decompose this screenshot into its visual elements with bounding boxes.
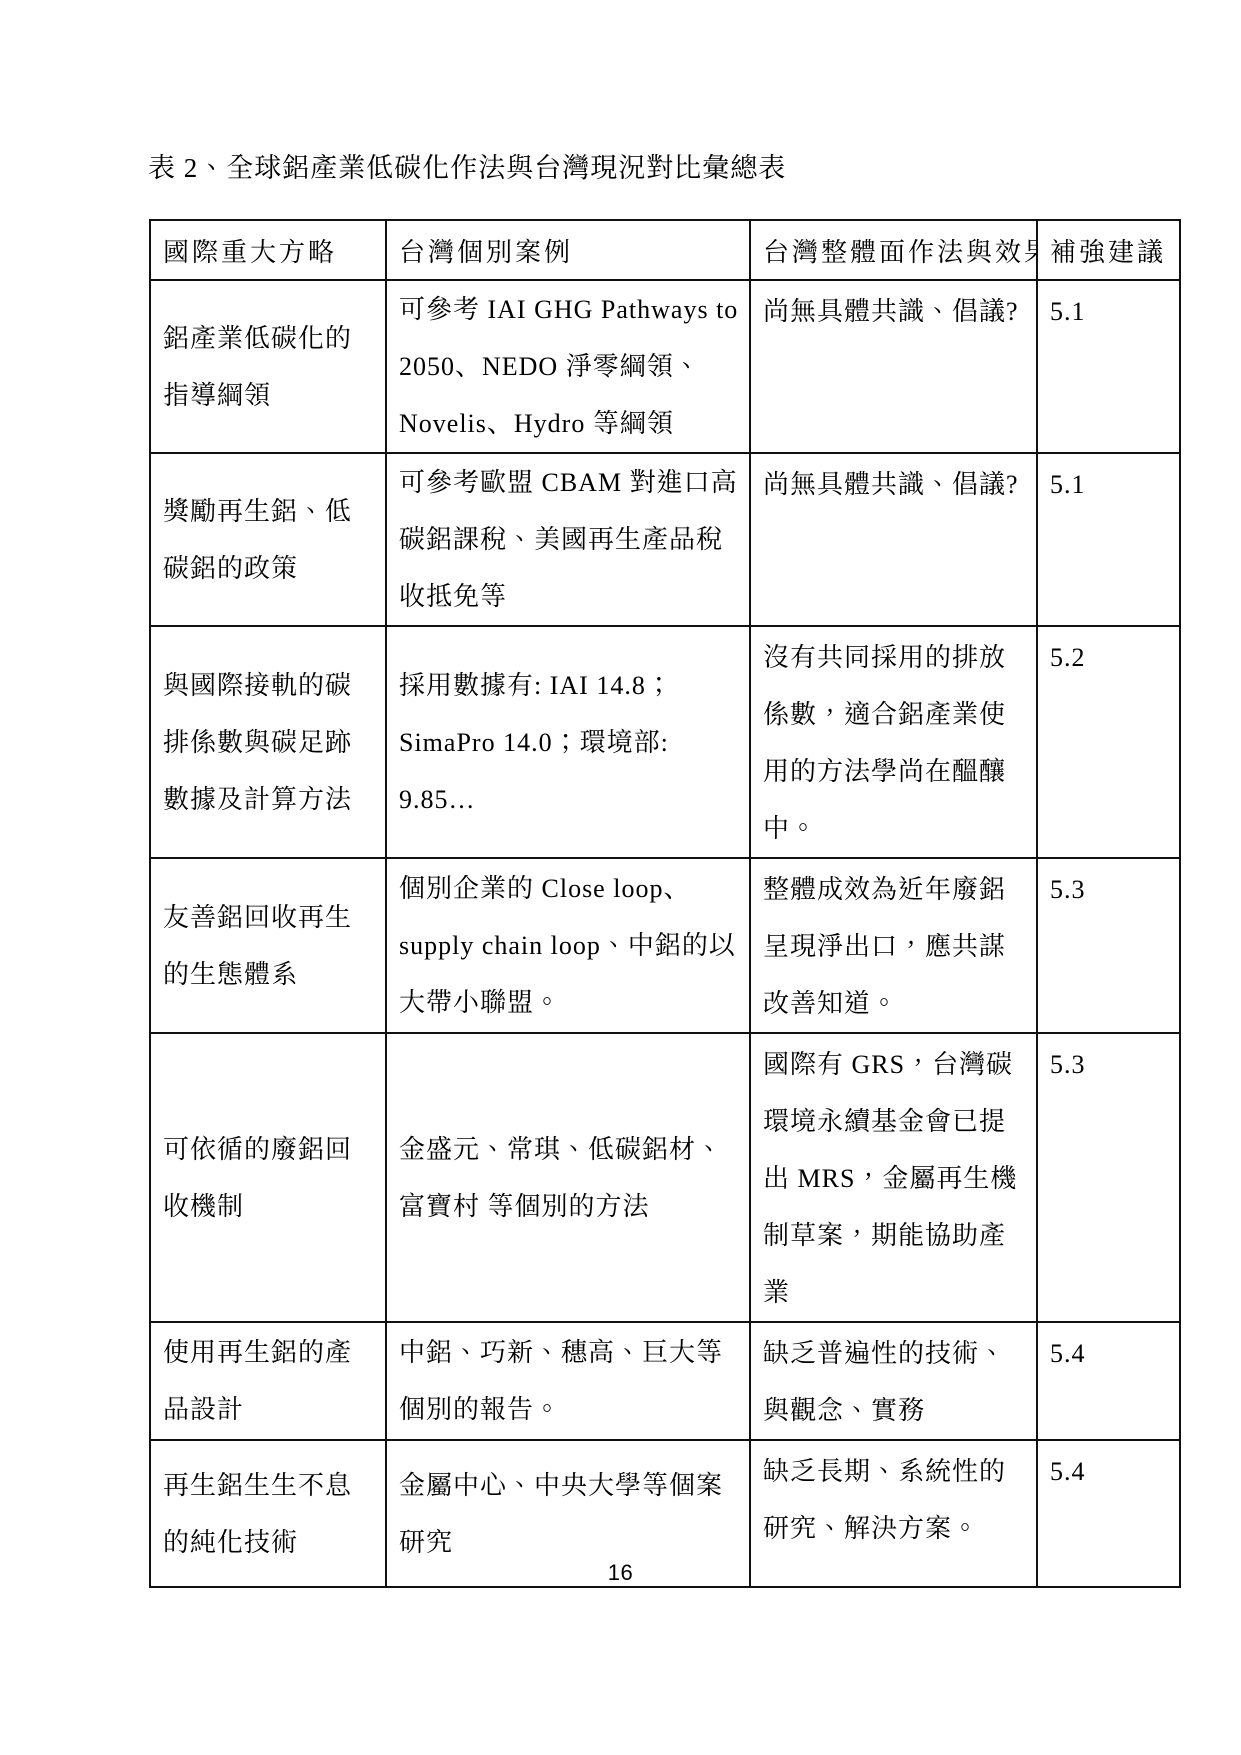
document-title: 表 2、全球鋁產業低碳化作法與台灣現況對比彙總表 (148, 146, 786, 185)
header-cell-overall: 台灣整體面作法與效果 (750, 220, 1037, 280)
header-cell-strategy: 國際重大方略 (150, 220, 386, 280)
strategy-cell: 使用再生鋁的產品設計 (150, 1322, 386, 1440)
header-cell-suggestion: 補強建議 (1037, 220, 1180, 280)
cases-cell: 可參考歐盟 CBAM 對進口高碳鋁課稅、美國再生產品稅收抵免等 (386, 453, 750, 626)
suggestion-cell: 5.1 (1037, 453, 1180, 626)
cases-cell: 採用數據有: IAI 14.8；SimaPro 14.0；環境部: 9.85… (386, 626, 750, 858)
suggestion-cell: 5.4 (1037, 1322, 1180, 1440)
document-page: 表 2、全球鋁產業低碳化作法與台灣現況對比彙總表 國際重大方略 台灣個別案例 台… (0, 0, 1241, 1755)
table-row: 鋁產業低碳化的指導綱領 可參考 IAI GHG Pathways to 2050… (150, 280, 1180, 453)
strategy-cell: 友善鋁回收再生的生態體系 (150, 858, 386, 1033)
table-row: 友善鋁回收再生的生態體系 個別企業的 Close loop、supply cha… (150, 858, 1180, 1033)
table-row: 獎勵再生鋁、低碳鋁的政策 可參考歐盟 CBAM 對進口高碳鋁課稅、美國再生產品稅… (150, 453, 1180, 626)
strategy-cell: 獎勵再生鋁、低碳鋁的政策 (150, 453, 386, 626)
strategy-cell: 與國際接軌的碳排係數與碳足跡數據及計算方法 (150, 626, 386, 858)
cases-cell: 金盛元、常琪、低碳鋁材、富寶村 等個別的方法 (386, 1033, 750, 1322)
overall-cell: 國際有 GRS，台灣碳環境永續基金會已提出 MRS，金屬再生機制草案，期能協助產… (750, 1033, 1037, 1322)
overall-cell: 整體成效為近年廢鋁呈現淨出口，應共謀改善知道。 (750, 858, 1037, 1033)
strategy-cell: 鋁產業低碳化的指導綱領 (150, 280, 386, 453)
cases-cell: 中鋁、巧新、穗高、巨大等個別的報告。 (386, 1322, 750, 1440)
overall-cell: 尚無具體共識、倡議? (750, 280, 1037, 453)
table-row: 可依循的廢鋁回收機制 金盛元、常琪、低碳鋁材、富寶村 等個別的方法 國際有 GR… (150, 1033, 1180, 1322)
suggestion-cell: 5.3 (1037, 858, 1180, 1033)
strategy-cell: 可依循的廢鋁回收機制 (150, 1033, 386, 1322)
cases-cell: 可參考 IAI GHG Pathways to 2050、NEDO 淨零綱領、N… (386, 280, 750, 453)
overall-cell: 沒有共同採用的排放係數，適合鋁產業使用的方法學尚在醞釀中。 (750, 626, 1037, 858)
suggestion-cell: 5.3 (1037, 1033, 1180, 1322)
page-number: 16 (0, 1560, 1241, 1586)
overall-cell: 尚無具體共識、倡議? (750, 453, 1037, 626)
table-row: 與國際接軌的碳排係數與碳足跡數據及計算方法 採用數據有: IAI 14.8；Si… (150, 626, 1180, 858)
table-header-row: 國際重大方略 台灣個別案例 台灣整體面作法與效果 補強建議 (150, 220, 1180, 280)
overall-cell: 缺乏普遍性的技術、與觀念、實務 (750, 1322, 1037, 1440)
suggestion-cell: 5.1 (1037, 280, 1180, 453)
header-cell-cases: 台灣個別案例 (386, 220, 750, 280)
suggestion-cell: 5.2 (1037, 626, 1180, 858)
table-row: 使用再生鋁的產品設計 中鋁、巧新、穗高、巨大等個別的報告。 缺乏普遍性的技術、與… (150, 1322, 1180, 1440)
cases-cell: 個別企業的 Close loop、supply chain loop、中鋁的以大… (386, 858, 750, 1033)
comparison-table: 國際重大方略 台灣個別案例 台灣整體面作法與效果 補強建議 鋁產業低碳化的指導綱… (149, 219, 1181, 1588)
